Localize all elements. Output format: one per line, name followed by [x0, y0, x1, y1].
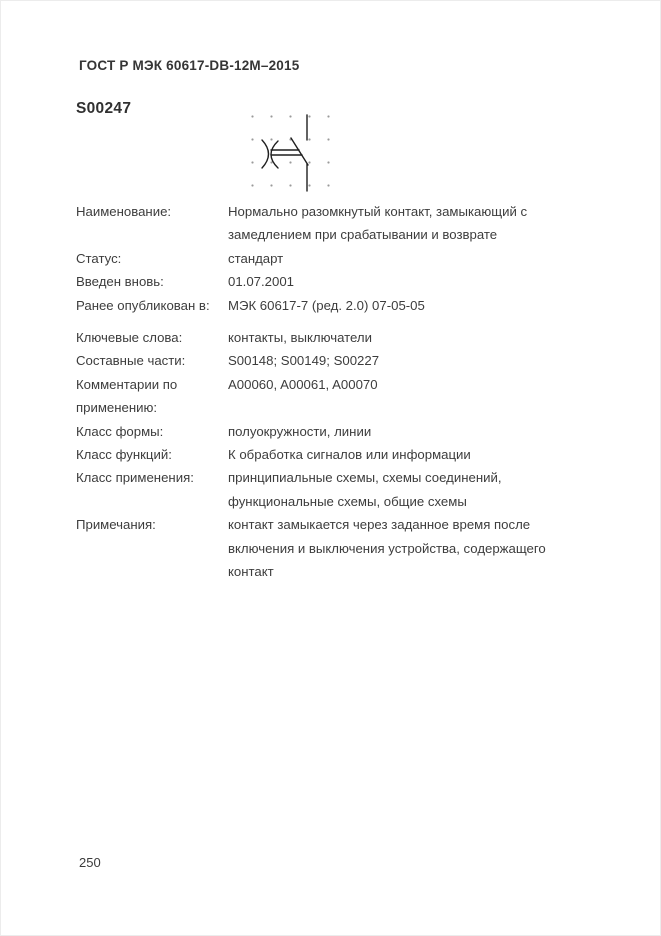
- contact-lever-line: [291, 138, 308, 165]
- field-value: контакты, выключатели: [228, 326, 568, 349]
- field-value: К обработка сигналов или информации: [228, 443, 568, 466]
- field-value: Нормально разомкнутый контакт, замыкающи…: [228, 200, 568, 247]
- document-page: ГОСТ Р МЭК 60617-DB-12M–2015 S00247 Наим…: [0, 0, 661, 936]
- field-label: Ключевые слова:: [76, 326, 228, 349]
- fields-section: Наименование: Нормально разомкнутый конт…: [76, 200, 576, 584]
- field-value: 01.07.2001: [228, 270, 568, 293]
- field-value: принципиальные схемы, схемы соединений, …: [228, 466, 568, 513]
- field-value: стандарт: [228, 247, 568, 270]
- document-title: ГОСТ Р МЭК 60617-DB-12M–2015: [79, 58, 299, 73]
- field-label: Класс функций:: [76, 443, 228, 466]
- fields-group-primary: Наименование: Нормально разомкнутый конт…: [76, 200, 576, 317]
- field-value: полуокружности, линии: [228, 420, 568, 443]
- field-label: Наименование:: [76, 200, 228, 247]
- fields-group-classification: Ключевые слова: контакты, выключатели Со…: [76, 326, 576, 583]
- field-label: Статус:: [76, 247, 228, 270]
- field-label: Класс применения:: [76, 466, 228, 513]
- delayed-make-contact-icon: [238, 100, 334, 200]
- symbol-id: S00247: [76, 100, 131, 118]
- field-value: МЭК 60617-7 (ред. 2.0) 07-05-05: [228, 294, 568, 317]
- field-value: S00148; S00149; S00227: [228, 349, 568, 372]
- field-value: контакт замыкается через заданное время …: [228, 513, 568, 583]
- page-number: 250: [79, 855, 101, 870]
- field-label: Комментарии по применению:: [76, 373, 228, 420]
- field-label: Составные части:: [76, 349, 228, 372]
- symbol-figure: [238, 100, 334, 200]
- delay-semicircle-right-bulge: [262, 140, 269, 168]
- field-label: Ранее опубликован в:: [76, 294, 228, 317]
- field-label: Введен вновь:: [76, 270, 228, 293]
- field-label: Примечания:: [76, 513, 228, 583]
- field-label: Класс формы:: [76, 420, 228, 443]
- field-value: A00060, A00061, A00070: [228, 373, 568, 420]
